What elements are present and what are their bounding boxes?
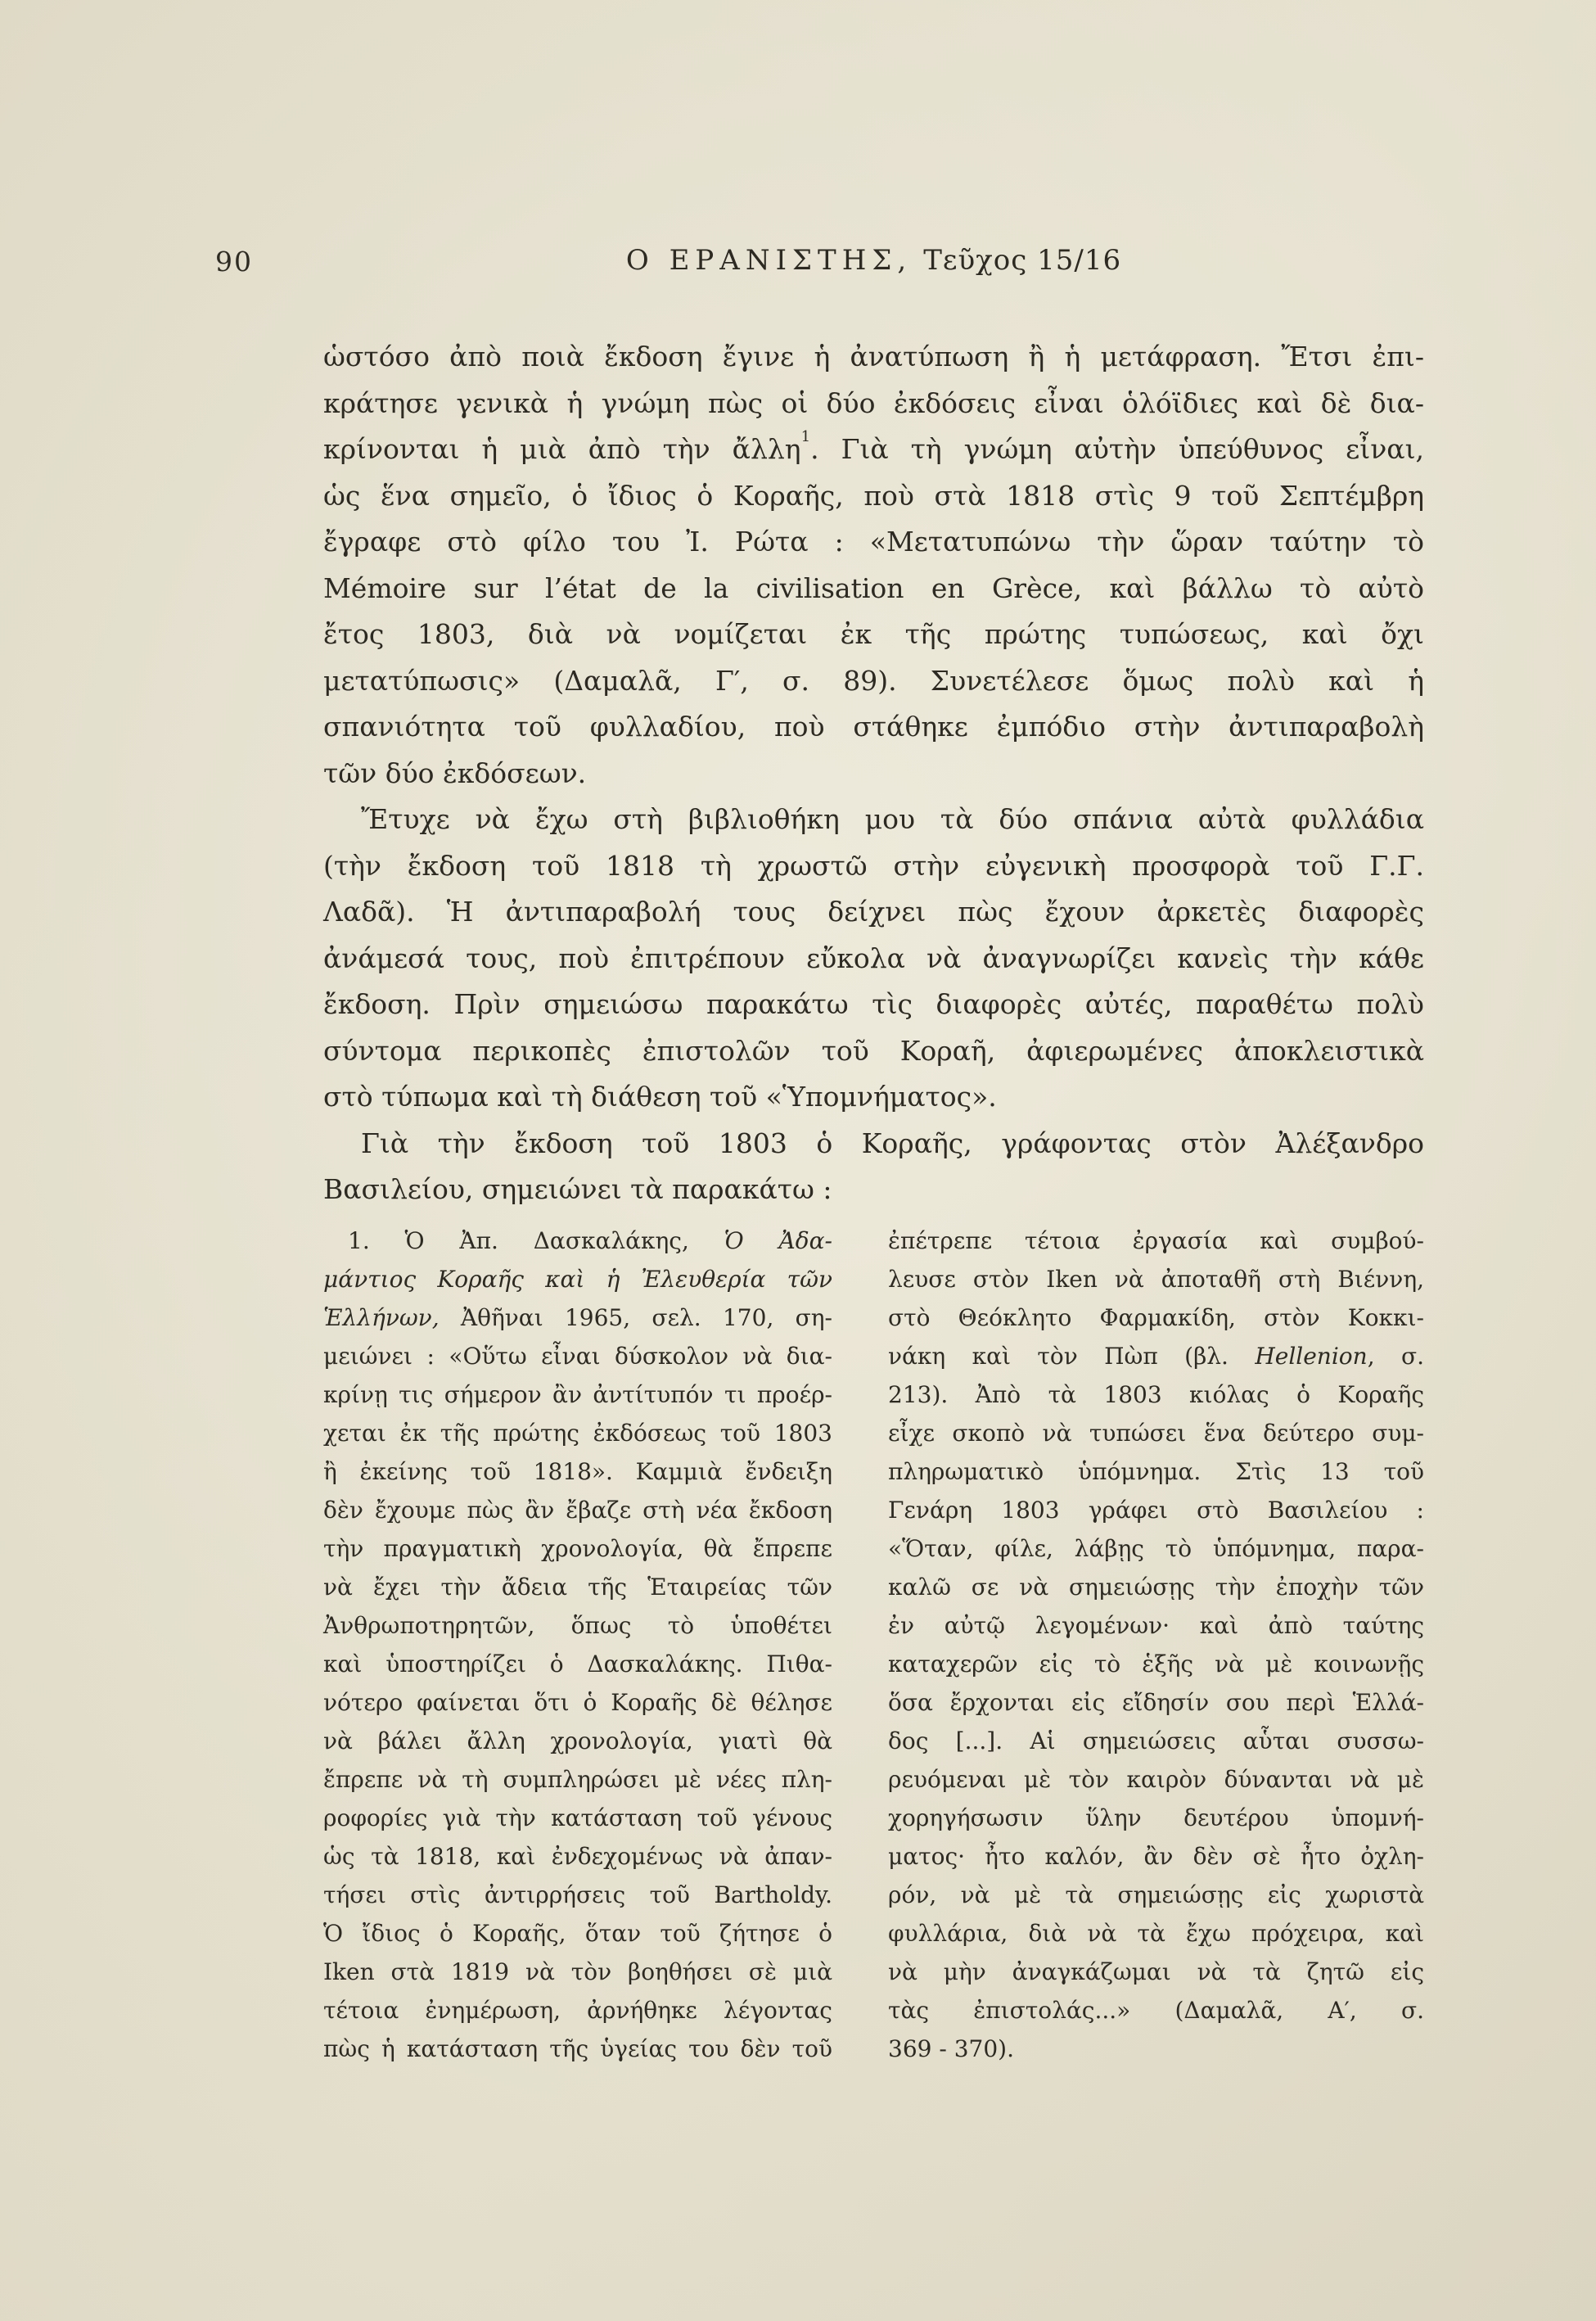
text-segment: ἔπρεπε νὰ τὴ συμπληρώσει μὲ νέες πλη-	[323, 1766, 832, 1793]
text-segment: χορηγήσωσιν ὕλην δευτέρου ὑπομνή-	[888, 1804, 1424, 1831]
text-segment: νὰ μὴν ἀναγκάζωμαι νὰ τὰ ζητῶ εἰς	[888, 1958, 1424, 1985]
text-segment: 1. Ὁ Ἀπ. Δασκαλάκης,	[348, 1227, 724, 1254]
text-segment: . Γιὰ τὴ γνώμη αὐτὴν ὑπεύθυνος εἶναι,	[810, 433, 1424, 465]
text-segment: σπανιότητα τοῦ φυλλαδίου, ποὺ στάθηκε ἐμ…	[323, 711, 1424, 743]
text-line: πὼς ἡ κατάσταση τῆς ὑγείας του δὲν τοῦ	[323, 2030, 832, 2068]
footnote-right-column: ἐπέτρεπε τέτοια ἐργασία καὶ συμβού-λευσε…	[888, 1221, 1424, 2068]
page-number: 90	[215, 246, 253, 278]
text-segment: Ἀνθρωποτηρητῶν, ὅπως τὸ ὑποθέτει	[323, 1612, 832, 1639]
text-segment: ἔτος 1803, διὰ νὰ νομίζεται ἐκ τῆς πρώτη…	[323, 618, 1424, 650]
text-segment: εἶχε σκοπὸ νὰ τυπώσει ἕνα δεύτερο συμ-	[888, 1420, 1424, 1447]
text-line: Ἑλλήνων, Ἀθῆναι 1965, σελ. 170, ση-	[323, 1298, 832, 1337]
text-segment: Ὁ ἴδιος ὁ Κοραῆς, ὅταν τοῦ ζήτησε ὁ	[323, 1920, 832, 1947]
text-line: χεται ἐκ τῆς πρώτης ἐκδόσεως τοῦ 1803	[323, 1414, 832, 1452]
text-line: μάντιος Κοραῆς καὶ ἡ Ἐλευθερία τῶν	[323, 1260, 832, 1298]
text-segment: δος [...]. Αἱ σημειώσεις αὗται συσσω-	[888, 1727, 1424, 1754]
text-line: χορηγήσωσιν ὕλην δευτέρου ὑπομνή-	[888, 1799, 1424, 1837]
text-segment: ὡς ἕνα σημεῖο, ὁ ἴδιος ὁ Κοραῆς, ποὺ στὰ…	[323, 480, 1424, 512]
text-segment: καταχερῶν εἰς τὸ ἑξῆς νὰ μὲ κοινωνῇς	[888, 1650, 1424, 1678]
journal-title: Ο ΕΡΑΝΙΣΤΗΣ,	[626, 244, 912, 277]
text-segment: Λαδᾶ). Ἡ ἀντιπαραβολή τους δείχνει πὼς ἔ…	[323, 896, 1424, 928]
text-line: καλῶ σε νὰ σημειώσῃς τὴν ἐποχὴν τῶν	[888, 1568, 1424, 1606]
text-line: μετατύπωσις» (Δαμαλᾶ, Γ′, σ. 89). Συνετέ…	[323, 658, 1424, 705]
text-segment: καὶ ὑποστηρίζει ὁ Δασκαλάκης. Πιθα-	[323, 1650, 832, 1678]
text-segment: ἔκδοση. Πρὶν σημειώσω παρακάτω τὶς διαφο…	[323, 988, 1424, 1020]
text-line: στὸ τύπωμα καὶ τὴ διάθεση τοῦ «Ὑπομνήματ…	[323, 1074, 1424, 1121]
text-segment: νὰ βάλει ἄλλη χρονολογία, γιατὶ θὰ	[323, 1727, 832, 1754]
text-line: ὡστόσο ἀπὸ ποιὰ ἔκδοση ἔγινε ἡ ἀνατύπωση…	[323, 334, 1424, 381]
text-segment: Ἔτυχε νὰ ἔχω στὴ βιβλιοθήκη μου τὰ δύο σ…	[361, 803, 1424, 835]
text-line: Ἀνθρωποτηρητῶν, ὅπως τὸ ὑποθέτει	[323, 1606, 832, 1645]
text-line: ἐν αὐτῷ λεγομένων· καὶ ἀπὸ ταύτης	[888, 1606, 1424, 1645]
text-line: Ὁ ἴδιος ὁ Κοραῆς, ὅταν τοῦ ζήτησε ὁ	[323, 1914, 832, 1953]
text-segment: νότερο φαίνεται ὅτι ὁ Κοραῆς δὲ θέλησε	[323, 1689, 832, 1716]
text-segment: ἀνάμεσά τους, ποὺ ἐπιτρέπουν εὔκολα νὰ ἀ…	[323, 942, 1424, 974]
text-segment: Γιὰ τὴν ἔκδοση τοῦ 1803 ὁ Κοραῆς, γράφον…	[361, 1127, 1424, 1159]
text-segment: τὴν πραγματικὴ χρονολογία, θὰ ἔπρεπε	[323, 1535, 832, 1562]
text-line: σύντομα περικοπὲς ἐπιστολῶν τοῦ Κοραῆ, ἀ…	[323, 1028, 1424, 1075]
text-segment: ἐπέτρεπε τέτοια ἐργασία καὶ συμβού-	[888, 1227, 1424, 1254]
text-line: τῶν δύο ἐκδόσεων.	[323, 751, 1424, 797]
text-line: ἐπέτρεπε τέτοια ἐργασία καὶ συμβού-	[888, 1221, 1424, 1260]
text-segment: στὸ Θεόκλητο Φαρμακίδη, στὸν Κοκκι-	[888, 1304, 1424, 1331]
text-line: στὸ Θεόκλητο Φαρμακίδη, στὸν Κοκκι-	[888, 1298, 1424, 1337]
footnote-reference: 1	[801, 428, 811, 445]
text-segment: ὡστόσο ἀπὸ ποιὰ ἔκδοση ἔγινε ἡ ἀνατύπωση…	[323, 341, 1424, 373]
text-segment: κράτησε γενικὰ ἡ γνώμη πὼς οἱ δύο ἐκδόσε…	[323, 387, 1424, 419]
text-line: ἢ ἐκείνης τοῦ 1818». Καμμιὰ ἔνδειξη	[323, 1452, 832, 1491]
text-line: Mémoire sur l’état de la civilisation en…	[323, 566, 1424, 612]
italic-text-segment: Hellenion	[1255, 1343, 1367, 1370]
text-segment: κρίνῃ τις σήμερον ἂν ἀντίτυπόν τι προέρ-	[323, 1381, 832, 1408]
text-segment: ματος· ἦτο καλόν, ἂν δὲν σὲ ἦτο ὀχλη-	[888, 1843, 1424, 1870]
text-line: Γενάρη 1803 γράφει στὸ Βασιλείου :	[888, 1491, 1424, 1529]
text-segment: Iken στὰ 1819 νὰ τὸν βοηθήσει σὲ μιὰ	[323, 1958, 832, 1985]
text-segment: Mémoire sur l’état de la civilisation en…	[323, 572, 1424, 604]
text-line: φυλλάρια, διὰ νὰ τὰ ἔχω πρόχειρα, καὶ	[888, 1914, 1424, 1953]
text-segment: πληρωματικὸ ὑπόμνημα. Στὶς 13 τοῦ	[888, 1458, 1424, 1485]
text-line: νὰ ἔχει τὴν ἄδεια τῆς Ἑταιρείας τῶν	[323, 1568, 832, 1606]
italic-text-segment: μάντιος Κοραῆς καὶ ἡ Ἐλευθερία τῶν	[323, 1266, 832, 1293]
text-line: ρόν, νὰ μὲ τὰ σημειώσῃς εἰς χωριστὰ	[888, 1876, 1424, 1914]
text-line: ὡς ἕνα σημεῖο, ὁ ἴδιος ὁ Κοραῆς, ποὺ στὰ…	[323, 473, 1424, 520]
text-line: Γιὰ τὴν ἔκδοση τοῦ 1803 ὁ Κοραῆς, γράφον…	[323, 1121, 1424, 1167]
text-segment: Βασιλείου, σημειώνει τὰ παρακάτω :	[323, 1173, 832, 1205]
text-segment: ρευόμεναι μὲ τὸν καιρὸν δύνανται νὰ μὲ	[888, 1766, 1424, 1793]
text-segment: λευσε στὸν Iken νὰ ἀποταθῆ στὴ Βιέννη,	[888, 1266, 1424, 1293]
text-segment: «Ὅταν, φίλε, λάβῃς τὸ ὑπόμνημα, παρα-	[888, 1535, 1424, 1562]
text-line: ματος· ἦτο καλόν, ἂν δὲν σὲ ἦτο ὀχλη-	[888, 1837, 1424, 1876]
text-line: δὲν ἔχουμε πὼς ἂν ἔβαζε στὴ νέα ἔκδοση	[323, 1491, 832, 1529]
italic-text-segment: Ὁ Ἀδα-	[724, 1227, 832, 1254]
text-line: τὰς ἐπιστολάς...» (Δαμαλᾶ, Α′, σ.	[888, 1991, 1424, 2030]
text-segment: 213). Ἀπὸ τὰ 1803 κιόλας ὁ Κοραῆς	[888, 1381, 1424, 1408]
text-line: κρίνῃ τις σήμερον ἂν ἀντίτυπόν τι προέρ-	[323, 1375, 832, 1414]
text-line: νάκη καὶ τὸν Πὼπ (βλ. Hellenion, σ.	[888, 1337, 1424, 1375]
text-segment: ρόν, νὰ μὲ τὰ σημειώσῃς εἰς χωριστὰ	[888, 1881, 1424, 1908]
text-line: σπανιότητα τοῦ φυλλαδίου, ποὺ στάθηκε ἐμ…	[323, 704, 1424, 751]
text-segment: νὰ ἔχει τὴν ἄδεια τῆς Ἑταιρείας τῶν	[323, 1574, 832, 1601]
main-text: ὡστόσο ἀπὸ ποιὰ ἔκδοση ἔγινε ἡ ἀνατύπωση…	[323, 334, 1424, 1213]
text-segment: ἐν αὐτῷ λεγομένων· καὶ ἀπὸ ταύτης	[888, 1612, 1424, 1639]
text-line: νὰ βάλει ἄλλη χρονολογία, γιατὶ θὰ	[323, 1722, 832, 1760]
text-segment: ὅσα ἔρχονται εἰς εἴδησίν σου περὶ Ἑλλά-	[888, 1689, 1424, 1716]
text-segment: ροφορίες γιὰ τὴν κατάσταση τοῦ γένους	[323, 1804, 832, 1831]
footnote-left-column: 1. Ὁ Ἀπ. Δασκαλάκης, Ὁ Ἀδα-μάντιος Κοραῆ…	[323, 1221, 832, 2068]
text-line: 1. Ὁ Ἀπ. Δασκαλάκης, Ὁ Ἀδα-	[323, 1221, 832, 1260]
text-segment: τῶν δύο ἐκδόσεων.	[323, 757, 586, 789]
text-line: ὡς τὰ 1818, καὶ ἐνδεχομένως νὰ ἀπαν-	[323, 1837, 832, 1876]
text-segment: κρίνονται ἡ μιὰ ἀπὸ τὴν ἄλλη	[323, 433, 801, 465]
text-line: τὴν πραγματικὴ χρονολογία, θὰ ἔπρεπε	[323, 1529, 832, 1568]
text-line: Iken στὰ 1819 νὰ τὸν βοηθήσει σὲ μιὰ	[323, 1953, 832, 1991]
text-line: (τὴν ἔκδοση τοῦ 1818 τὴ χρωστῶ στὴν εὐγε…	[323, 843, 1424, 890]
text-line: τήσει στὶς ἀντιρρήσεις τοῦ Bartholdy.	[323, 1876, 832, 1914]
text-line: Ἔτυχε νὰ ἔχω στὴ βιβλιοθήκη μου τὰ δύο σ…	[323, 797, 1424, 843]
text-line: ἔγραφε στὸ φίλο του Ἰ. Ρώτα : «Μετατυπών…	[323, 519, 1424, 566]
text-line: Βασιλείου, σημειώνει τὰ παρακάτω :	[323, 1167, 1424, 1213]
issue-label: Τεῦχος 15/16	[923, 244, 1121, 277]
text-line: ἔπρεπε νὰ τὴ συμπληρώσει μὲ νέες πλη-	[323, 1760, 832, 1799]
text-segment: τήσει στὶς ἀντιρρήσεις τοῦ Bartholdy.	[323, 1881, 832, 1908]
text-segment: ἢ ἐκείνης τοῦ 1818». Καμμιὰ ἔνδειξη	[323, 1458, 832, 1485]
text-segment: νάκη καὶ τὸν Πὼπ (βλ.	[888, 1343, 1255, 1370]
journal-header: Ο ΕΡΑΝΙΣΤΗΣ,Τεῦχος 15/16	[323, 244, 1424, 277]
text-line: 369 - 370).	[888, 2030, 1424, 2068]
text-segment: φυλλάρια, διὰ νὰ τὰ ἔχω πρόχειρα, καὶ	[888, 1920, 1424, 1947]
text-segment: (τὴν ἔκδοση τοῦ 1818 τὴ χρωστῶ στὴν εὐγε…	[323, 850, 1424, 882]
text-line: νὰ μὴν ἀναγκάζωμαι νὰ τὰ ζητῶ εἰς	[888, 1953, 1424, 1991]
text-line: εἶχε σκοπὸ νὰ τυπώσει ἕνα δεύτερο συμ-	[888, 1414, 1424, 1452]
text-segment: , σ.	[1368, 1343, 1424, 1370]
text-line: ρευόμεναι μὲ τὸν καιρὸν δύνανται νὰ μὲ	[888, 1760, 1424, 1799]
text-line: κρίνονται ἡ μιὰ ἀπὸ τὴν ἄλλη1. Γιὰ τὴ γν…	[323, 427, 1424, 473]
text-line: ἔκδοση. Πρὶν σημειώσω παρακάτω τὶς διαφο…	[323, 982, 1424, 1028]
text-line: μειώνει : «Οὕτω εἶναι δύσκολον νὰ δια-	[323, 1337, 832, 1375]
text-line: ἔτος 1803, διὰ νὰ νομίζεται ἐκ τῆς πρώτη…	[323, 612, 1424, 658]
text-line: δος [...]. Αἱ σημειώσεις αὗται συσσω-	[888, 1722, 1424, 1760]
text-segment: μετατύπωσις» (Δαμαλᾶ, Γ′, σ. 89). Συνετέ…	[323, 665, 1424, 697]
text-line: νότερο φαίνεται ὅτι ὁ Κοραῆς δὲ θέλησε	[323, 1683, 832, 1722]
text-segment: Ἀθῆναι 1965, σελ. 170, ση-	[440, 1304, 832, 1331]
text-line: «Ὅταν, φίλε, λάβῃς τὸ ὑπόμνημα, παρα-	[888, 1529, 1424, 1568]
text-segment: τὰς ἐπιστολάς...» (Δαμαλᾶ, Α′, σ.	[888, 1997, 1424, 2024]
text-line: πληρωματικὸ ὑπόμνημα. Στὶς 13 τοῦ	[888, 1452, 1424, 1491]
text-segment: ὡς τὰ 1818, καὶ ἐνδεχομένως νὰ ἀπαν-	[323, 1843, 832, 1870]
text-segment: καλῶ σε νὰ σημειώσῃς τὴν ἐποχὴν τῶν	[888, 1574, 1424, 1601]
text-line: ὅσα ἔρχονται εἰς εἴδησίν σου περὶ Ἑλλά-	[888, 1683, 1424, 1722]
text-segment: χεται ἐκ τῆς πρώτης ἐκδόσεως τοῦ 1803	[323, 1420, 832, 1447]
text-segment: τέτοια ἐνημέρωση, ἀρνήθηκε λέγοντας	[323, 1997, 832, 2024]
italic-text-segment: Ἑλλήνων,	[323, 1304, 440, 1331]
text-segment: μειώνει : «Οὕτω εἶναι δύσκολον νὰ δια-	[323, 1343, 832, 1370]
text-line: Λαδᾶ). Ἡ ἀντιπαραβολή τους δείχνει πὼς ἔ…	[323, 889, 1424, 936]
text-line: κράτησε γενικὰ ἡ γνώμη πὼς οἱ δύο ἐκδόσε…	[323, 381, 1424, 427]
text-segment: στὸ τύπωμα καὶ τὴ διάθεση τοῦ «Ὑπομνήματ…	[323, 1081, 997, 1113]
text-segment: δὲν ἔχουμε πὼς ἂν ἔβαζε στὴ νέα ἔκδοση	[323, 1497, 832, 1524]
page-canvas: 90 Ο ΕΡΑΝΙΣΤΗΣ,Τεῦχος 15/16 ὡστόσο ἀπὸ π…	[0, 0, 1596, 2321]
text-segment: Γενάρη 1803 γράφει στὸ Βασιλείου :	[888, 1497, 1424, 1524]
text-line: καὶ ὑποστηρίζει ὁ Δασκαλάκης. Πιθα-	[323, 1645, 832, 1683]
text-line: 213). Ἀπὸ τὰ 1803 κιόλας ὁ Κοραῆς	[888, 1375, 1424, 1414]
text-segment: πὼς ἡ κατάσταση τῆς ὑγείας του δὲν τοῦ	[323, 2035, 832, 2062]
text-segment: σύντομα περικοπὲς ἐπιστολῶν τοῦ Κοραῆ, ἀ…	[323, 1035, 1424, 1067]
text-line: τέτοια ἐνημέρωση, ἀρνήθηκε λέγοντας	[323, 1991, 832, 2030]
text-line: ἀνάμεσά τους, ποὺ ἐπιτρέπουν εὔκολα νὰ ἀ…	[323, 936, 1424, 982]
text-segment: 369 - 370).	[888, 2035, 1014, 2062]
text-line: καταχερῶν εἰς τὸ ἑξῆς νὰ μὲ κοινωνῇς	[888, 1645, 1424, 1683]
text-segment: ἔγραφε στὸ φίλο του Ἰ. Ρώτα : «Μετατυπών…	[323, 526, 1424, 558]
text-line: ροφορίες γιὰ τὴν κατάσταση τοῦ γένους	[323, 1799, 832, 1837]
text-line: λευσε στὸν Iken νὰ ἀποταθῆ στὴ Βιέννη,	[888, 1260, 1424, 1298]
